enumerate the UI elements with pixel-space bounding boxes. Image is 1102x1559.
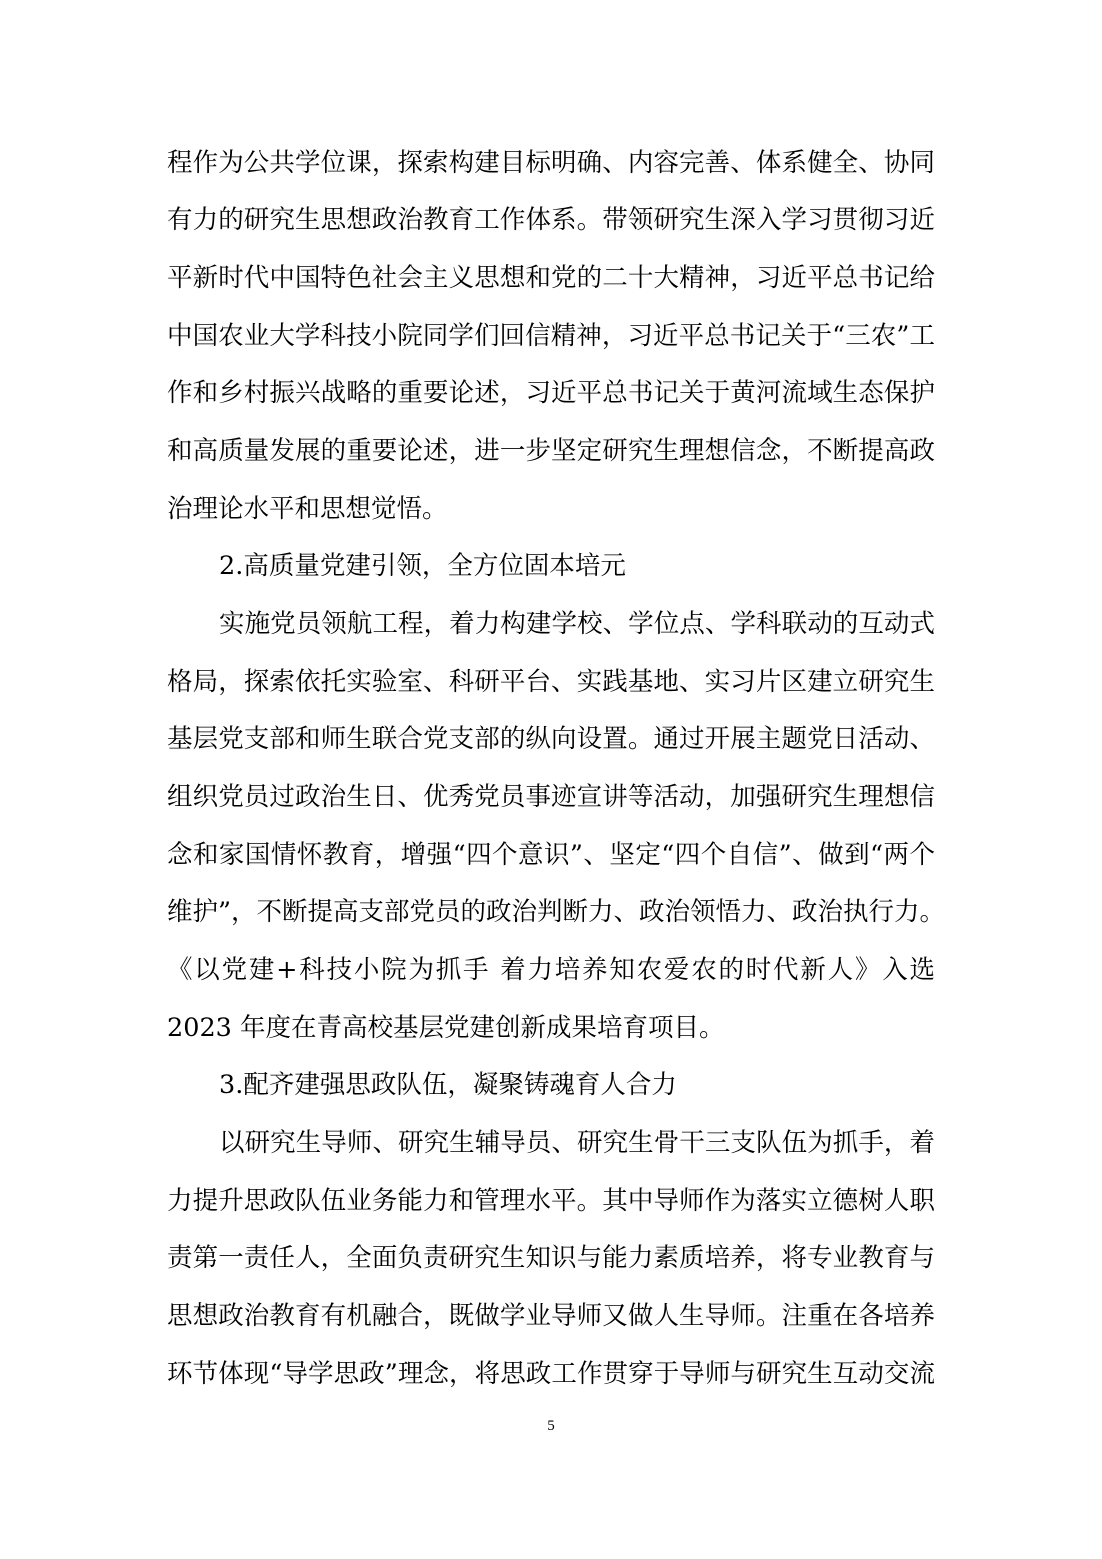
text-line: 和高质量发展的重要论述，进一步坚定研究生理想信念，不断提高政 — [167, 431, 935, 471]
text-line: 格局，探索依托实验室、科研平台、实践基地、实习片区建立研究生 — [167, 662, 935, 702]
section-heading-3: 3.配齐建强思政队伍，凝聚铸魂育人合力 — [219, 1065, 935, 1105]
text-line: 作和乡村振兴战略的重要论述，习近平总书记关于黄河流域生态保护 — [167, 373, 935, 413]
text-line: 思想政治教育有机融合，既做学业导师又做人生导师。注重在各培养 — [167, 1296, 935, 1336]
text-line: 环节体现“导学思政”理念，将思政工作贯穿于导师与研究生互动交流 — [167, 1354, 935, 1394]
text-line: 基层党支部和师生联合党支部的纵向设置。通过开展主题党日活动、 — [167, 719, 935, 759]
text-line: 《以党建+科技小院为抓手 着力培养知农爱农的时代新人》入选 — [167, 950, 935, 990]
text-line: 程作为公共学位课，探索构建目标明确、内容完善、体系健全、协同 — [167, 143, 935, 183]
text-line: 维护”，不断提高支部党员的政治判断力、政治领悟力、政治执行力。 — [167, 892, 935, 932]
text-line: 以研究生导师、研究生辅导员、研究生骨干三支队伍为抓手，着 — [219, 1123, 935, 1163]
text-line: 念和家国情怀教育，增强“四个意识”、坚定“四个自信”、做到“两个 — [167, 835, 935, 875]
section-heading-2: 2.高质量党建引领，全方位固本培元 — [219, 546, 935, 586]
text-line: 2023 年度在青高校基层党建创新成果培育项目。 — [167, 1008, 935, 1048]
text-line: 力提升思政队伍业务能力和管理水平。其中导师作为落实立德树人职 — [167, 1181, 935, 1221]
text-line: 有力的研究生思想政治教育工作体系。带领研究生深入学习贯彻习近 — [167, 200, 935, 240]
page-number: 5 — [0, 1416, 1102, 1436]
text-line: 平新时代中国特色社会主义思想和党的二十大精神，习近平总书记给 — [167, 258, 935, 298]
document-page: 程作为公共学位课，探索构建目标明确、内容完善、体系健全、协同 有力的研究生思想政… — [0, 0, 1102, 1559]
text-line: 责第一责任人，全面负责研究生知识与能力素质培养，将专业教育与 — [167, 1238, 935, 1278]
text-line: 中国农业大学科技小院同学们回信精神，习近平总书记关于“三农”工 — [167, 316, 935, 356]
text-line: 治理论水平和思想觉悟。 — [167, 489, 935, 529]
text-line: 组织党员过政治生日、优秀党员事迹宣讲等活动，加强研究生理想信 — [167, 777, 935, 817]
text-line: 实施党员领航工程，着力构建学校、学位点、学科联动的互动式 — [219, 604, 935, 644]
